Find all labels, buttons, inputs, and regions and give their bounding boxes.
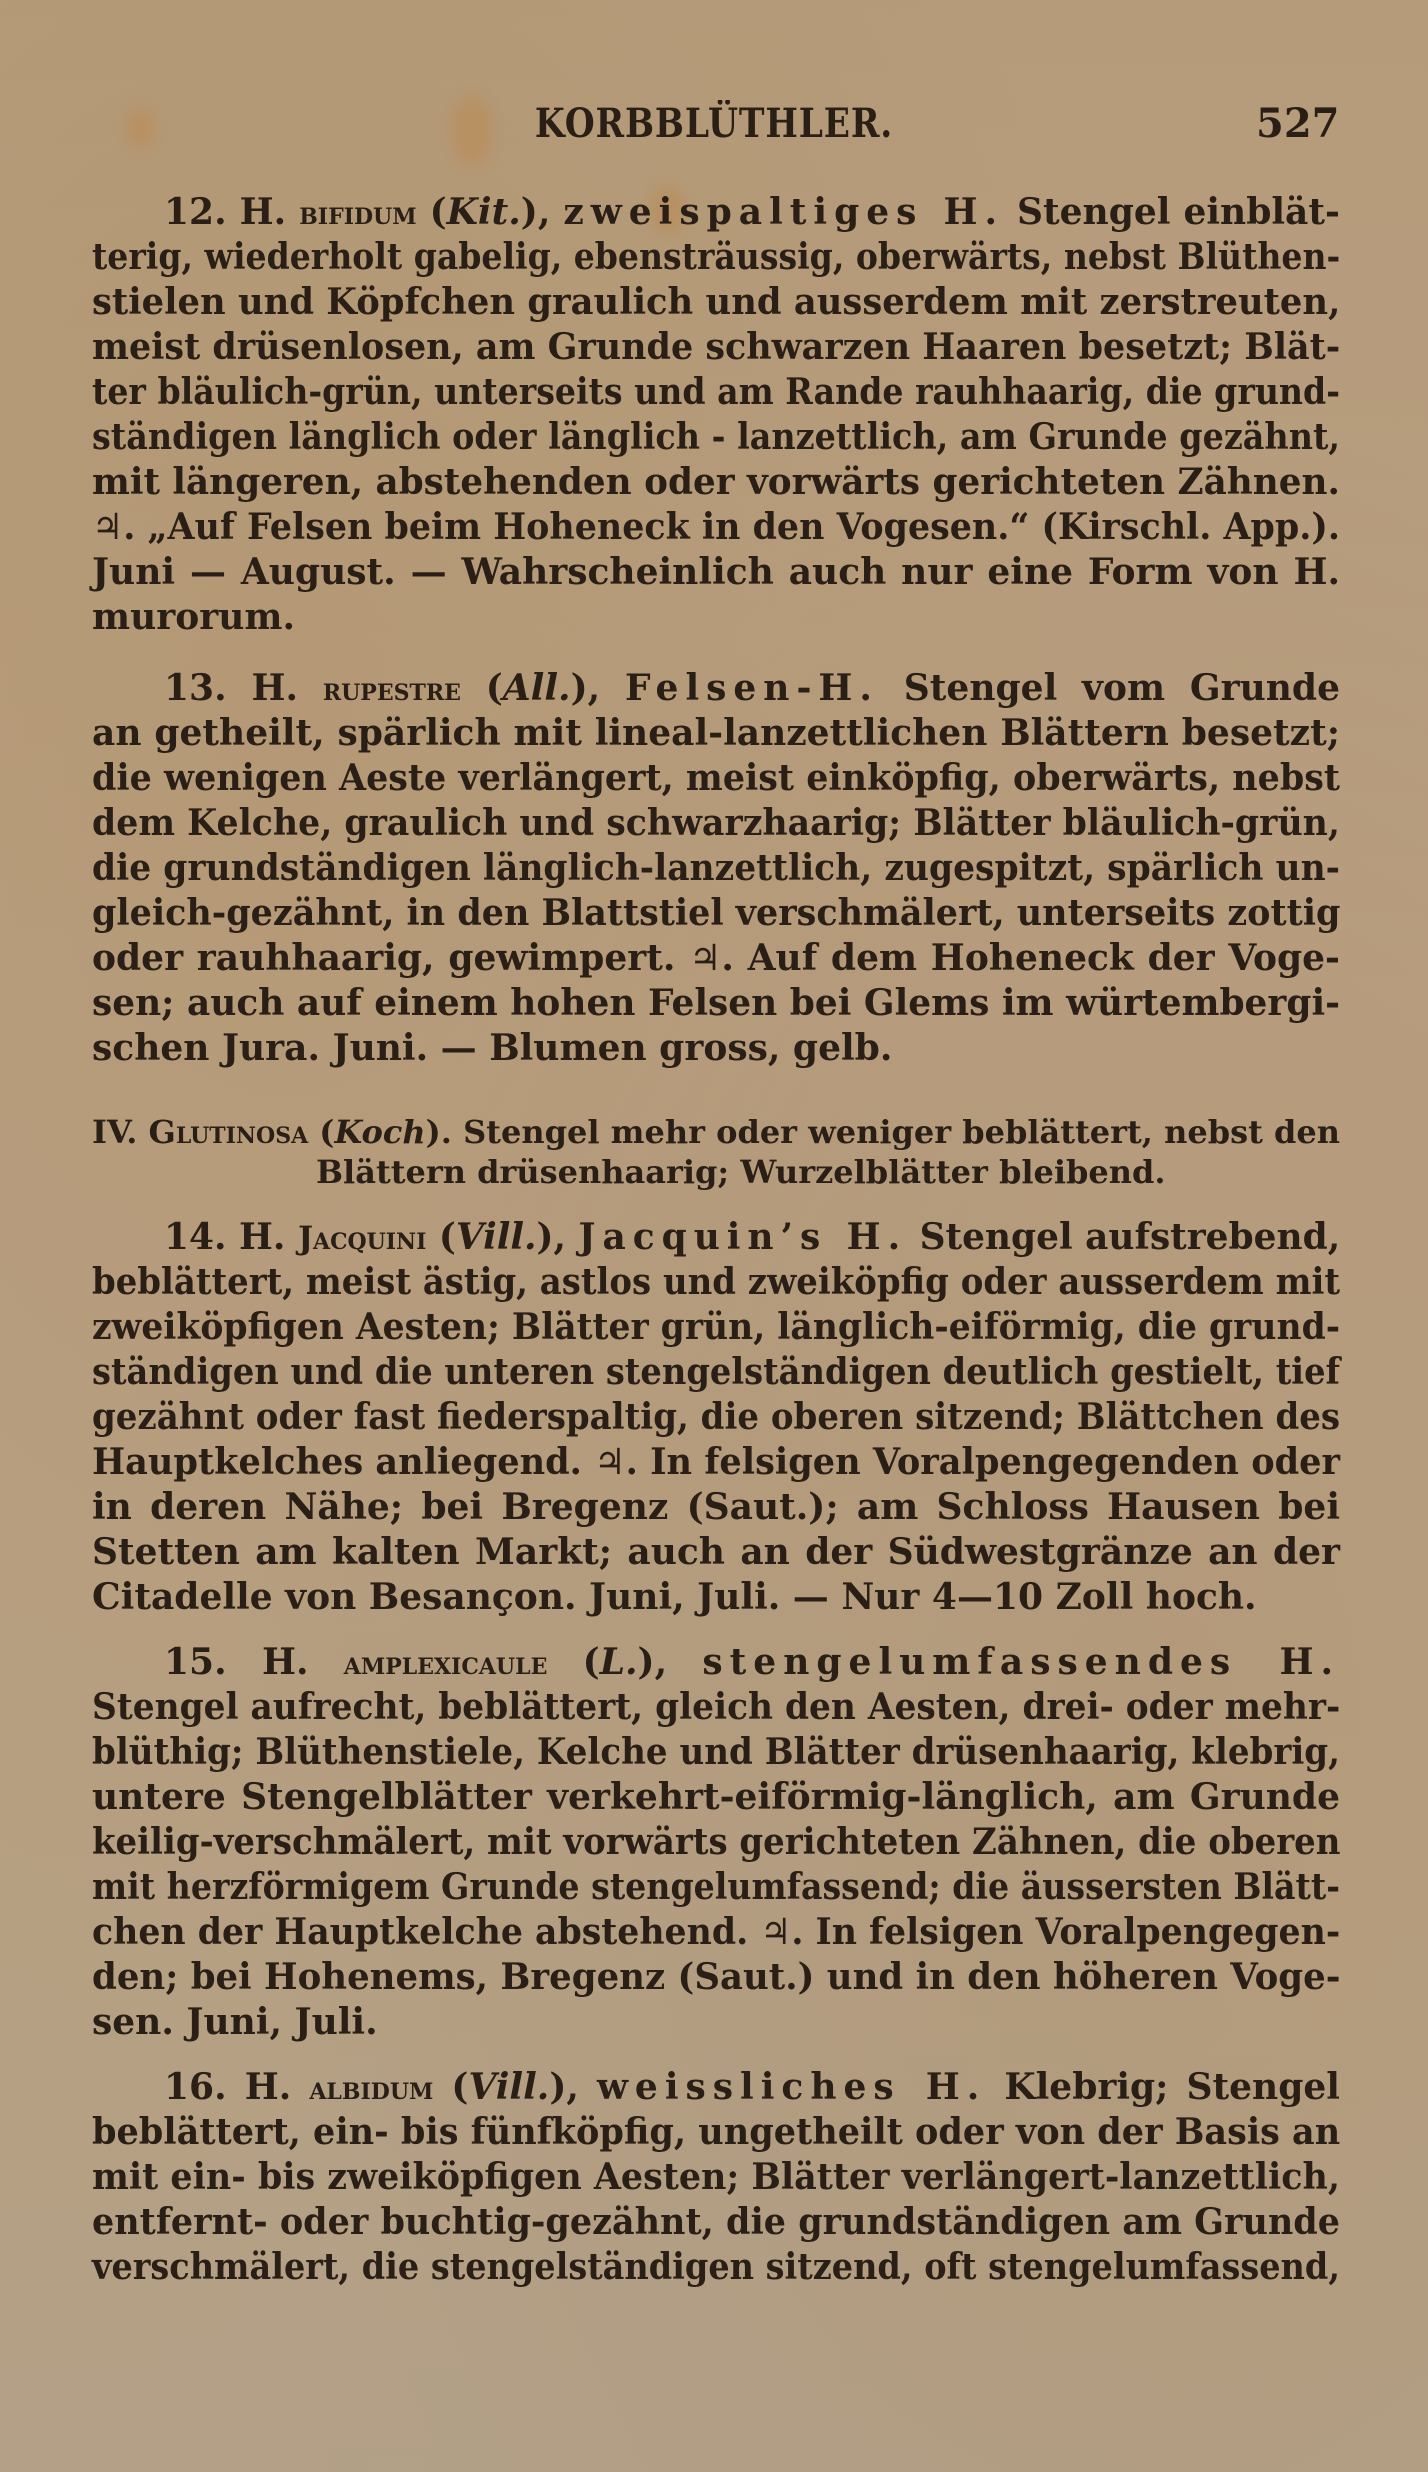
- running-head: KORBBLÜTHLER.: [100, 100, 1328, 147]
- text-line: entfernt- oder buchtig-gezähnt, die grun…: [92, 2200, 1340, 2244]
- text-line: mit längeren, abstehenden oder vorwärts …: [92, 460, 1340, 504]
- species-name: Jacquini: [298, 1219, 426, 1257]
- book-page: KORBBLÜTHLER. 527 12. H. bifidum (Kit.),…: [0, 0, 1428, 2472]
- common-name: zweispaltiges H.: [563, 191, 1004, 233]
- text-line: blüthig; Blüthenstiele, Kelche und Blätt…: [92, 1730, 1340, 1774]
- entry-13-heading: 13. H. rupestre (All.), Felsen-H. Stenge…: [164, 666, 1340, 711]
- text-line: die grundständigen länglich-lanzettlich,…: [92, 846, 1340, 890]
- page-number: 527: [1256, 100, 1340, 147]
- common-name: Felsen-H.: [625, 667, 879, 709]
- section-name: Glutinosa: [148, 1113, 308, 1151]
- text-line: die wenigen Aeste verlängert, meist eink…: [92, 756, 1340, 800]
- common-name: Jacquin’s H.: [579, 1216, 908, 1258]
- text-line: ter bläulich-grün, unterseits und am Ran…: [92, 370, 1340, 414]
- section-heading-continuation: Blättern drüsenhaarig; Wurzelblätter ble…: [316, 1150, 1216, 1194]
- entry-12-heading: 12. H. bifidum (Kit.), zweispaltiges H. …: [164, 190, 1340, 235]
- text-line: Juni — August. — Wahrscheinlich auch nur…: [92, 550, 1340, 594]
- text-line: untere Stengelblätter verkehrt-eiförmig-…: [92, 1775, 1340, 1819]
- text-line: Citadelle von Besançon. Juni, Juli. — Nu…: [92, 1575, 1340, 1619]
- text-line: dem Kelche, graulich und schwarzhaarig; …: [92, 801, 1340, 845]
- authority: All.: [503, 667, 571, 709]
- text-line: mit herzförmigem Grunde stengelumfassend…: [92, 1865, 1340, 1909]
- text-line: Hauptkelches anliegend. ♃. In felsigen V…: [92, 1440, 1340, 1484]
- species-name: albidum: [309, 2069, 433, 2107]
- authority: Koch: [334, 1113, 425, 1151]
- text-line: gezähnt oder fast fiederspaltig, die obe…: [92, 1395, 1340, 1439]
- text-line: murorum.: [92, 595, 1340, 639]
- text-line: ♃. „Auf Felsen beim Hoheneck in den Voge…: [92, 505, 1340, 549]
- entry-16-heading: 16. H. albidum (Vill.), weissliches H. K…: [164, 2065, 1340, 2110]
- text-line: verschmälert, die stengelständigen sitze…: [92, 2245, 1340, 2289]
- text-line: schen Jura. Juni. — Blumen gross, gelb.: [92, 1026, 1340, 1070]
- authority: L.: [600, 1641, 638, 1683]
- text-line: beblättert, ein- bis fünfköpfig, ungethe…: [92, 2110, 1340, 2154]
- section-heading: IV. Glutinosa (Koch). Stengel mehr oder …: [92, 1110, 1340, 1154]
- text-line: den; bei Hohenems, Bregenz (Saut.) und i…: [92, 1955, 1340, 1999]
- text-line: sen; auch auf einem hohen Felsen bei Gle…: [92, 981, 1340, 1025]
- text-line: oder rauhhaarig, gewimpert. ♃. Auf dem H…: [92, 936, 1340, 980]
- text-line: Stetten am kalten Markt; auch an der Süd…: [92, 1530, 1340, 1574]
- text-line: Stengel aufrecht, beblättert, gleich den…: [92, 1685, 1340, 1729]
- text-line: mit ein- bis zweiköpfigen Aesten; Blätte…: [92, 2155, 1340, 2199]
- authority: Vill.: [456, 1216, 537, 1258]
- common-name: weissliches H.: [597, 2066, 986, 2108]
- text-line: meist drüsenlosen, am Grunde schwarzen H…: [92, 325, 1340, 369]
- authority: Vill.: [468, 2066, 549, 2108]
- authority: Kit.: [447, 191, 521, 233]
- text-line: gleich-gezähnt, in den Blattstiel versch…: [92, 891, 1340, 935]
- text-line: keilig-verschmälert, mit vorwärts gerich…: [92, 1820, 1340, 1864]
- species-name: rupestre: [323, 670, 461, 708]
- text-line: stielen und Köpfchen graulich und ausser…: [92, 280, 1340, 324]
- text-line: terig, wiederholt gabelig, ebensträussig…: [92, 235, 1340, 279]
- text-line: in deren Nähe; bei Bregenz (Saut.); am S…: [92, 1485, 1340, 1529]
- text-line: an getheilt, spärlich mit lineal-lanzett…: [92, 711, 1340, 755]
- text-line: chen der Hauptkelche abstehend. ♃. In fe…: [92, 1910, 1340, 1954]
- entry-15-heading: 15. H. amplexicaule (L.), stengelumfasse…: [164, 1640, 1340, 1685]
- species-name: amplexicaule: [344, 1644, 548, 1682]
- entry-14-heading: 14. H. Jacquini (Vill.), Jacquin’s H. St…: [164, 1215, 1340, 1260]
- text-line: ständigen länglich oder länglich - lanze…: [92, 415, 1340, 459]
- text-line: beblättert, meist ästig, astlos und zwei…: [92, 1260, 1340, 1304]
- common-name: stengelumfassendes H.: [702, 1641, 1340, 1683]
- text-line: zweiköpfigen Aesten; Blätter grün, längl…: [92, 1305, 1340, 1349]
- text-line: ständigen und die unteren stengelständig…: [92, 1350, 1340, 1394]
- species-name: bifidum: [299, 194, 416, 232]
- text-line: sen. Juni, Juli.: [92, 2000, 1340, 2044]
